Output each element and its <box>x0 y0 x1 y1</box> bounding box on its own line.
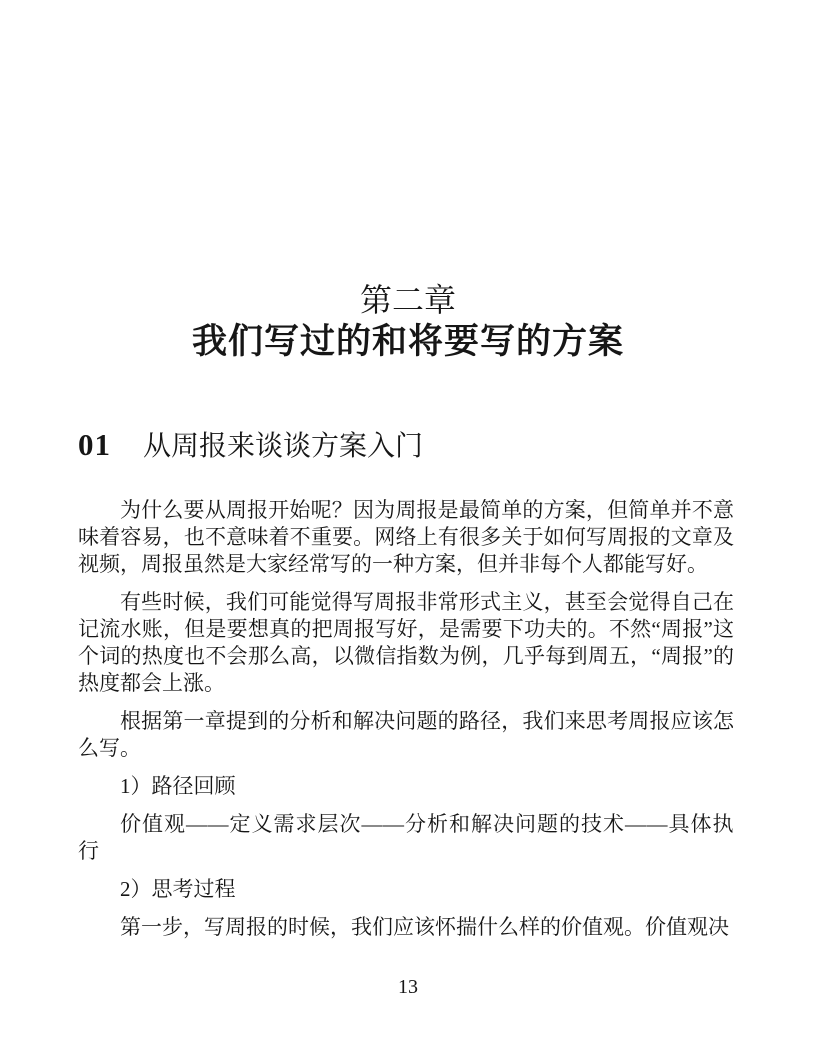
paragraph: 有些时候，我们可能觉得写周报非常形式主义，甚至会觉得自己在记流水账，但是要想真的… <box>78 589 734 697</box>
section-number: 01 <box>78 428 111 462</box>
chapter-title: 我们写过的和将要写的方案 <box>0 320 816 364</box>
page-number: 13 <box>0 975 816 999</box>
chapter-label: 第二章 <box>0 280 816 320</box>
path-sequence-line: 价值观——定义需求层次——分析和解决问题的技术——具体执行 <box>78 811 734 865</box>
section-heading: 01 从周报来谈谈方案入门 <box>0 428 816 464</box>
paragraph: 根据第一章提到的分析和解决问题的路径，我们来思考周报应该怎么写。 <box>78 708 734 762</box>
list-item-path-review: 1）路径回顾 <box>78 773 734 800</box>
section-title: 从周报来谈谈方案入门 <box>143 430 423 464</box>
body-text: 为什么要从周报开始呢？因为周报是最简单的方案，但简单并不意味着容易，也不意味着不… <box>0 464 816 941</box>
list-item-thinking-process: 2）思考过程 <box>78 876 734 903</box>
chapter-heading: 第二章 我们写过的和将要写的方案 <box>0 0 816 364</box>
paragraph: 为什么要从周报开始呢？因为周报是最简单的方案，但简单并不意味着容易，也不意味着不… <box>78 497 734 578</box>
document-page: 第二章 我们写过的和将要写的方案 01 从周报来谈谈方案入门 为什么要从周报开始… <box>0 0 816 1056</box>
paragraph: 第一步，写周报的时候，我们应该怀揣什么样的价值观。价值观决 <box>78 914 734 941</box>
